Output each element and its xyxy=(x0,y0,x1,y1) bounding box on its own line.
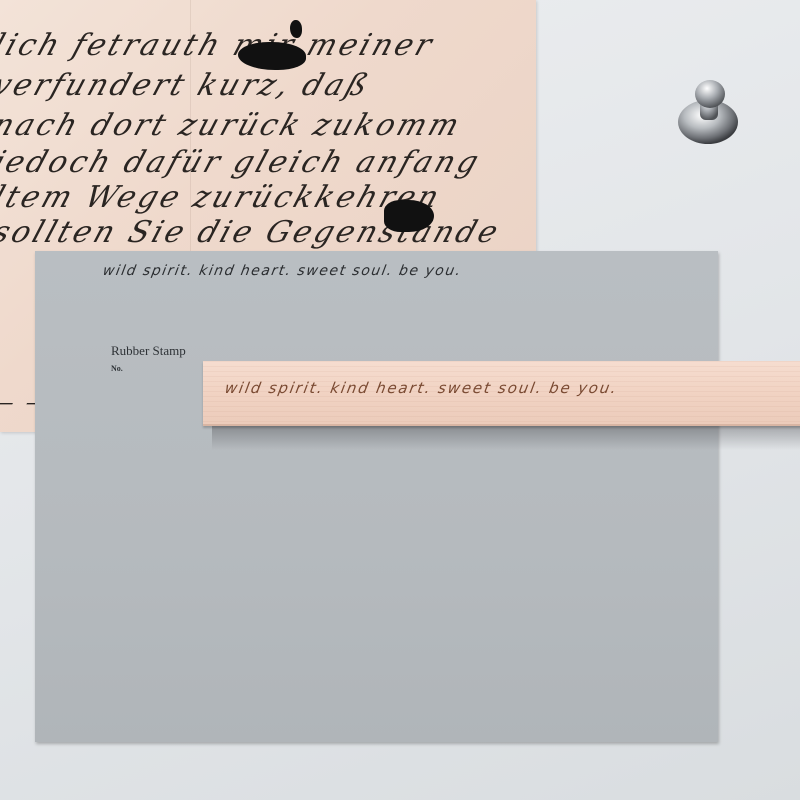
ink-blot xyxy=(238,42,306,70)
letter-line: lich fetrauth mir meiner xyxy=(0,28,439,63)
letter-line: jedoch dafür gleich anfang xyxy=(0,145,486,180)
ink-blot xyxy=(384,200,434,232)
metal-knob-icon xyxy=(672,72,742,147)
stamp-engraving: wild spirit. kind heart. sweet soul. be … xyxy=(223,379,619,397)
card-handwriting: wild spirit. kind heart. sweet soul. be … xyxy=(102,263,463,279)
ink-blot xyxy=(290,20,302,38)
gray-card: wild spirit. kind heart. sweet soul. be … xyxy=(35,251,718,742)
letter-line: verfundert kurz, daß xyxy=(0,68,375,103)
wooden-stamp: wild spirit. kind heart. sweet soul. be … xyxy=(203,361,800,426)
card-title: Rubber Stamp xyxy=(111,343,186,359)
letter-line: ltem Wege zurückkehren xyxy=(0,180,446,215)
letter-line: nach dort zurück zukomm xyxy=(0,108,466,143)
card-number-label: No. xyxy=(111,364,123,373)
